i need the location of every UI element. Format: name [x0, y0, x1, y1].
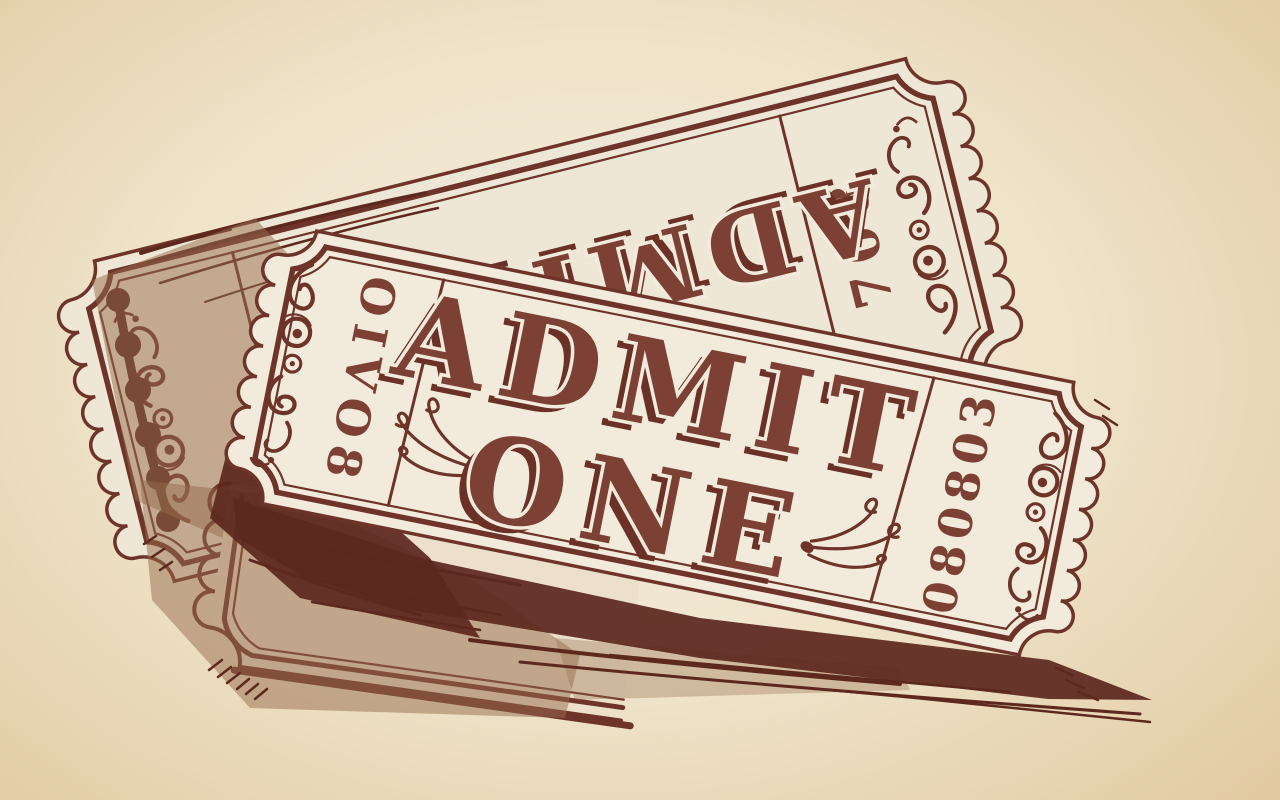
tickets-illustration: 708 ADMIT ADMIT — [0, 0, 1280, 800]
illustration-canvas: 708 ADMIT ADMIT — [0, 0, 1280, 800]
